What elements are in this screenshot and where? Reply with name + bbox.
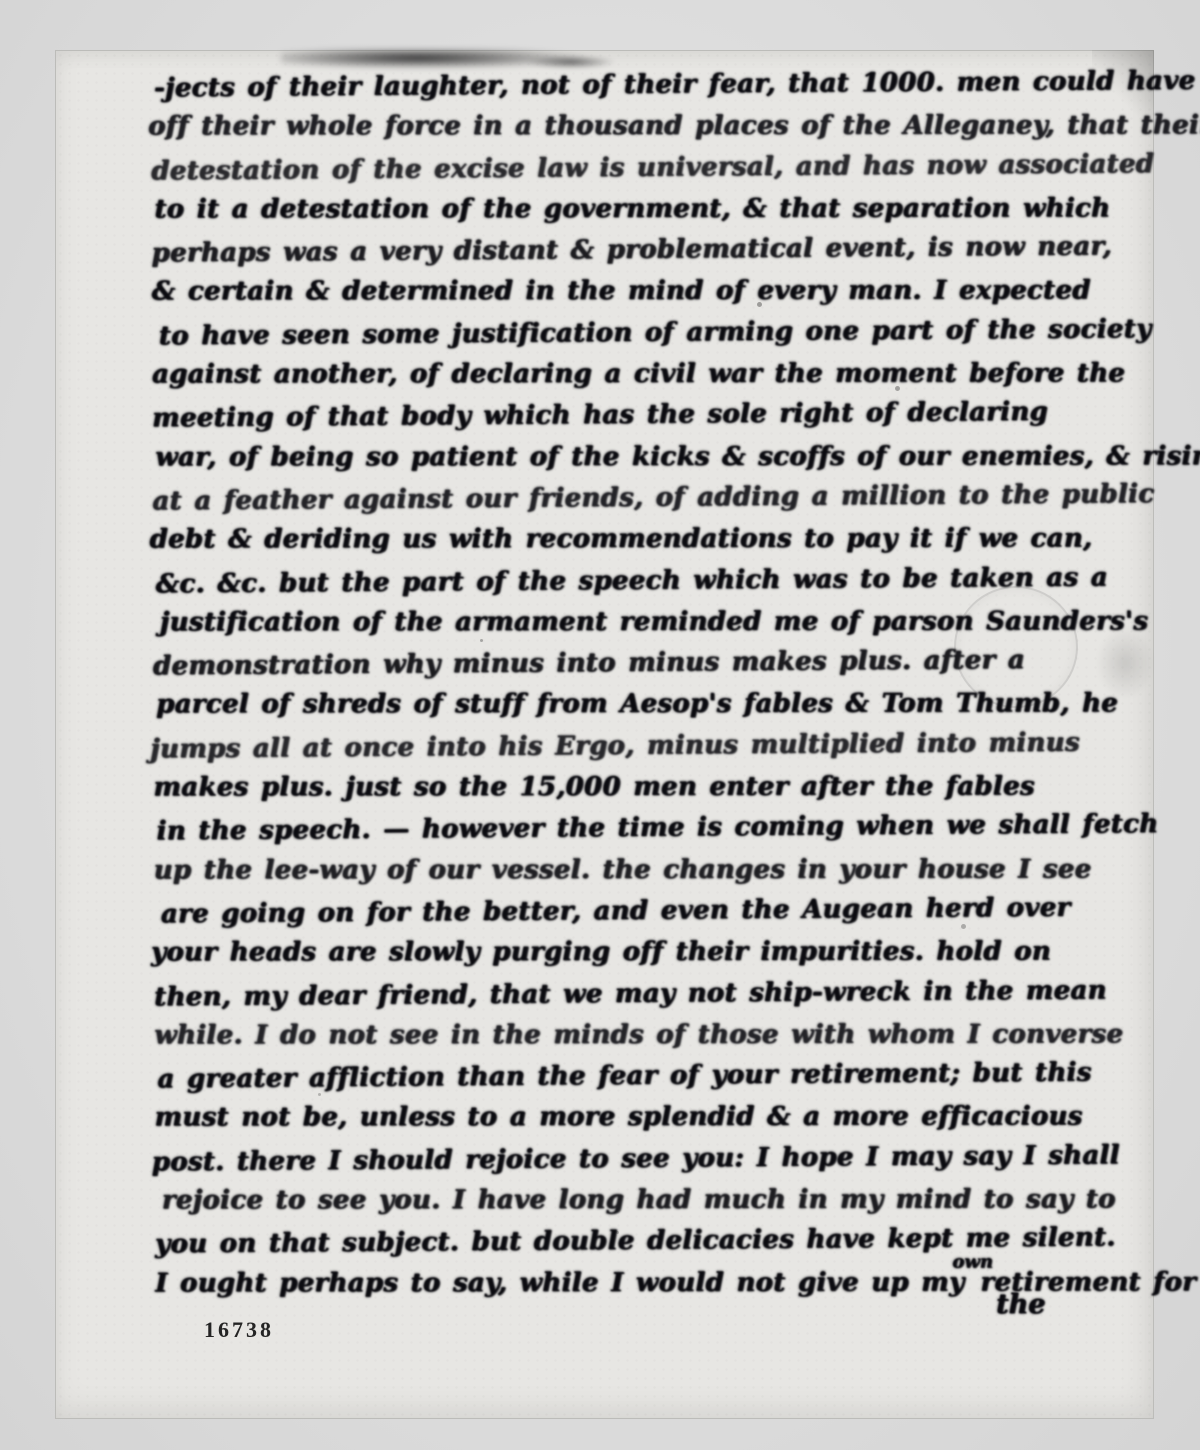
- interlined-word: own: [952, 1241, 993, 1282]
- letter-line-2: off their whole force in a thousand plac…: [148, 106, 1091, 148]
- letter-line-6: & certain & determined in the mind of ev…: [152, 271, 1092, 313]
- letter-line-11: at a feather against our friends, of add…: [152, 475, 1092, 523]
- letter-line-16: parcel of shreds of stuff from Aesop's f…: [156, 684, 1093, 726]
- interlineation-anchor: own: [964, 1264, 980, 1290]
- letter-line-22: your heads are slowly purging off their …: [151, 932, 1094, 974]
- letter-line-12: debt & deriding us with recommendations …: [149, 519, 1092, 561]
- letter-line-21: are going on for the better, and even th…: [161, 888, 1094, 936]
- letter-line-20: up the lee-way of our vessel. the change…: [154, 849, 1094, 891]
- letter-line-10: war, of being so patient of the kicks & …: [155, 436, 1092, 478]
- letter-line-18: makes plus. just so the 15,000 men enter…: [153, 767, 1093, 809]
- letter-body: -jects of their laughter, not of their f…: [151, 63, 1095, 1305]
- letter-line-27: post. there I should rejoice to see you:…: [152, 1135, 1095, 1183]
- letter-line-26: must not be, unless to a more splendid &…: [154, 1097, 1094, 1139]
- letter-line-14: justification of the armament reminded m…: [160, 601, 1093, 643]
- letter-line-25: a greater affliction than the fear of yo…: [157, 1053, 1094, 1101]
- letter-page: -jects of their laughter, not of their f…: [55, 50, 1154, 1419]
- page-number-stamp: 16738: [204, 1317, 274, 1343]
- letter-line-19: in the speech. — however the time is com…: [156, 805, 1093, 853]
- letter-line-3: detestation of the excise law is univers…: [151, 144, 1091, 192]
- letter-line-23: then, my dear friend, that we may not sh…: [154, 970, 1094, 1018]
- letter-line-28: rejoice to see you. I have long had much…: [162, 1180, 1095, 1222]
- letter-line-24: while. I do not see in the minds of thos…: [154, 1014, 1094, 1056]
- letter-line-1: -jects of their laughter, not of their f…: [154, 62, 1091, 110]
- letter-line-5: perhaps was a very distant & problematic…: [151, 227, 1091, 275]
- letter-line-13: &c. &c. but the part of the speech which…: [156, 557, 1093, 605]
- letter-line-4: to it a detestation of the government, &…: [154, 188, 1091, 230]
- letter-line-30: I ought perhaps to say, while I would no…: [155, 1262, 1095, 1304]
- letter-line-7: to have seen some justification of armin…: [159, 309, 1092, 357]
- letter-line-8: against another, of declaring a civil wa…: [152, 354, 1092, 396]
- last-line-pre: I ought perhaps to say, while I would no…: [155, 1267, 964, 1298]
- letter-line-15: demonstration why minus into minus makes…: [153, 640, 1093, 688]
- letter-line-17: jumps all at once into his Ergo, minus m…: [150, 722, 1093, 770]
- paper-specks: [56, 51, 59, 54]
- letter-line-9: meeting of that body which has the sole …: [152, 392, 1092, 440]
- document-scan: -jects of their laughter, not of their f…: [0, 0, 1200, 1450]
- catchword: the: [996, 1289, 1045, 1320]
